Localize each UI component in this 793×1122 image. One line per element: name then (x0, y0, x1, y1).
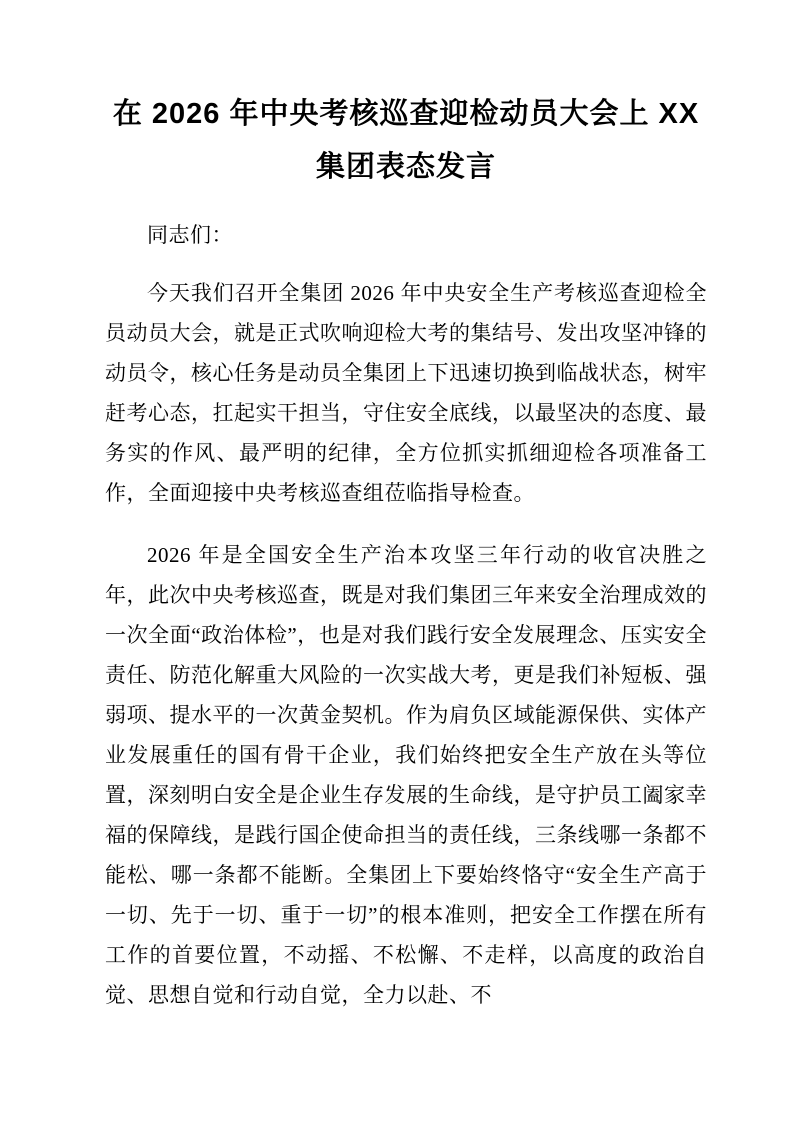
body-paragraph-1: 今天我们召开全集团 2026 年中央安全生产考核巡查迎检全员动员大会，就是正式吹… (105, 273, 707, 513)
document-title-line-2: 集团表态发言 (105, 141, 707, 194)
document-page: 在 2026 年中央考核巡查迎检动员大会上 XX 集团表态发言 同志们： 今天我… (0, 0, 793, 1122)
salutation-paragraph: 同志们： (105, 215, 707, 255)
document-title-line-1: 在 2026 年中央考核巡查迎检动员大会上 XX (105, 88, 707, 141)
document-title: 在 2026 年中央考核巡查迎检动员大会上 XX 集团表态发言 (105, 88, 707, 194)
body-paragraph-2: 2026 年是全国安全生产治本攻坚三年行动的收官决胜之年，此次中央考核巡查，既是… (105, 535, 707, 1015)
